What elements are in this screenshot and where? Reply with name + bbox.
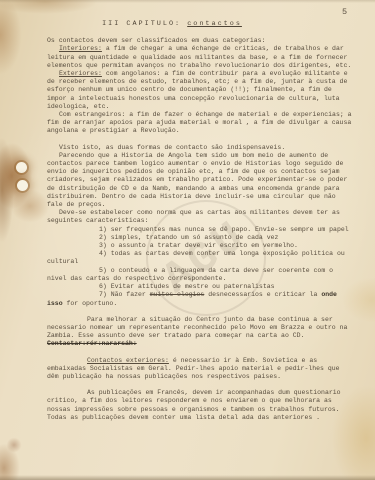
text-segment: Parecendo que a Historia de Angola tem s… (47, 152, 347, 208)
punch-hole-bottom (17, 180, 28, 191)
text-segment: 2) simples, tratando um só assunto de ca… (99, 234, 278, 241)
text-segment: Interiores: (59, 45, 102, 52)
text-segment: 4) todas as cartas devem conter uma long… (47, 250, 345, 265)
text-segment: desnecessarios e criticar la (204, 291, 321, 298)
document-text: III CAPITULO: contactos Os contactos dev… (47, 20, 353, 422)
paragraph: 3) o assunto a tratar deve vir escrito e… (47, 242, 353, 250)
chapter-title: III CAPITULO: contactos (47, 20, 297, 28)
page-number: 5 (342, 7, 347, 17)
text-segment: 5) o conteudo e a linguagem da carta dev… (47, 267, 333, 282)
text-segment: for oportuno. (63, 300, 118, 307)
text-segment: As publicações em Francês, devem ir acom… (47, 389, 341, 421)
text-segment: 3) o assunto a tratar deve vir escrito e… (99, 242, 298, 249)
text-segment: 7) Não fazer (99, 291, 150, 298)
text-segment: muitos elogios (150, 291, 205, 298)
text-segment: 1) ser frequentes mas nunca se dê papo. … (99, 226, 349, 233)
text-segment: Deve-se estabelecer como norma que as ca… (47, 209, 340, 224)
scanned-page: AGU 5 III CAPITULO: contactos Os contact… (0, 0, 375, 480)
chapter-title-prefix: III CAPITULO: (102, 20, 187, 28)
punch-hole-top (16, 162, 27, 173)
paragraphs-container: Os contactos devem ser classificados em … (47, 37, 353, 422)
text-segment: Os contactos devem ser classificados em … (47, 37, 265, 44)
paragraph: Para melhorar a situação do Centro junto… (47, 316, 353, 341)
paragraph: Exteriores: com angolanos: a fim de cont… (47, 70, 353, 111)
paragraph: 1) ser frequentes mas nunca se dê papo. … (47, 226, 353, 234)
paragraph: 4) todas as cartas devem conter uma long… (47, 250, 353, 266)
paragraph: 6) Evitar atitudes de mestre ou paternal… (47, 283, 353, 291)
paragraph: 7) Não fazer muitos elogios desnecessari… (47, 291, 353, 307)
text-segment: Para melhorar a situação do Centro junto… (47, 316, 347, 339)
text-segment: Contactar:rér:nararsáh: (47, 340, 137, 347)
paragraph: Interiores: a fim de chegar a uma échang… (47, 45, 353, 70)
text-segment: Visto isto, as duas formas de contacto s… (59, 144, 285, 151)
paragraph: Deve-se estabelecer como norma que as ca… (47, 209, 353, 225)
paragraph: Contactos exteriores: é necessario ir à … (47, 357, 353, 382)
chapter-title-keyword: contactos (187, 20, 242, 28)
paragraph: As publicações em Francês, devem ir acom… (47, 389, 353, 422)
text-segment: Com estrangeiros: a fim de fazer o échan… (47, 111, 352, 134)
paragraph: Parecendo que a Historia de Angola tem s… (47, 152, 353, 209)
paragraph: 5) o conteudo e a linguagem da carta dev… (47, 267, 353, 283)
text-segment: Exteriores: (59, 70, 102, 77)
text-segment: 6) Evitar atitudes de mestre ou paternal… (99, 283, 275, 290)
text-segment: Contactos exteriores: (87, 357, 169, 364)
paragraph: Contactar:rér:nararsáh: (47, 340, 353, 348)
paragraph: 2) simples, tratando um só assunto de ca… (47, 234, 353, 242)
paragraph: Os contactos devem ser classificados em … (47, 37, 353, 45)
paragraph: Visto isto, as duas formas de contacto s… (47, 144, 353, 152)
paragraph: Com estrangeiros: a fim de fazer o échan… (47, 111, 353, 136)
